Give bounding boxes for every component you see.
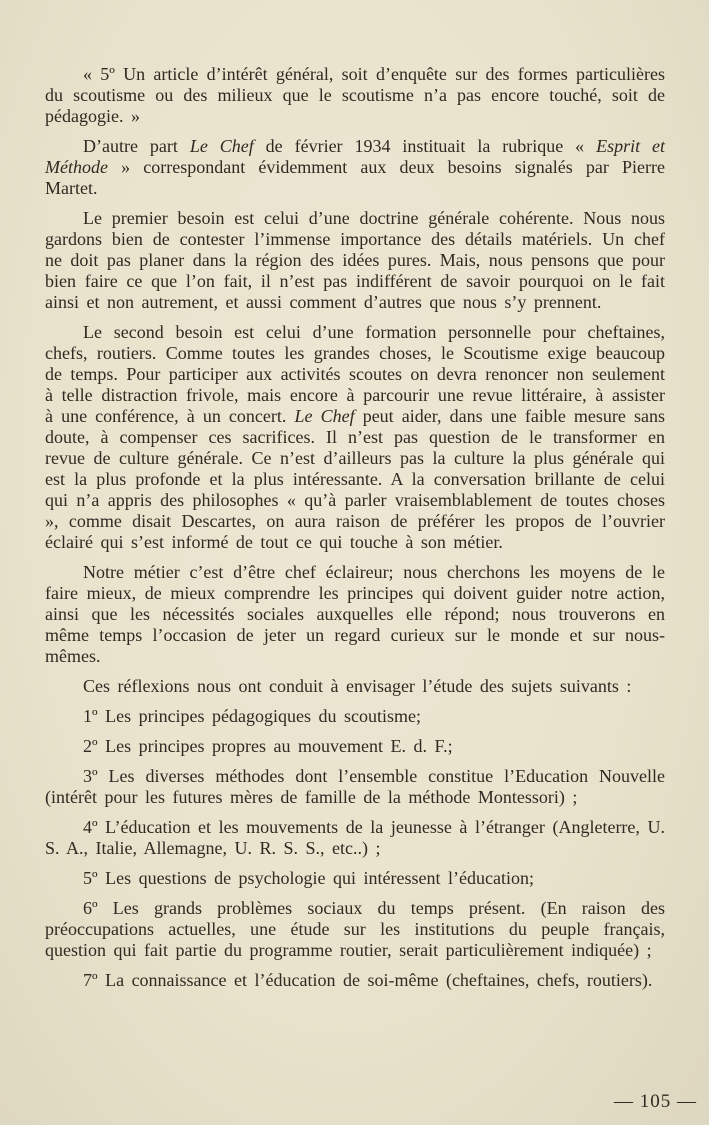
- italic-text-segment: Le Chef: [294, 406, 354, 426]
- text-segment: 1º Les principes pédagogiques du scoutis…: [83, 706, 421, 726]
- text-segment: peut aider, dans une faible mesure sans …: [45, 406, 665, 552]
- list-item: 1º Les principes pédagogiques du scoutis…: [45, 706, 665, 727]
- text-segment: 3º Les diverses méthodes dont l’ensemble…: [45, 766, 665, 807]
- text-segment: Notre métier c’est d’être chef éclaireur…: [45, 562, 665, 666]
- list-item: 2º Les principes propres au mouvement E.…: [45, 736, 665, 757]
- text-segment: Le premier besoin est celui d’une doctri…: [45, 208, 665, 312]
- paragraph: Ces réflexions nous ont conduit à envisa…: [45, 676, 665, 697]
- paragraph: Notre métier c’est d’être chef éclaireur…: [45, 562, 665, 667]
- paragraph: Le second besoin est celui d’une formati…: [45, 322, 665, 553]
- page-text: « 5º Un article d’intérêt général, soit …: [45, 64, 665, 991]
- text-segment: 6º Les grands problèmes sociaux du temps…: [45, 898, 665, 960]
- list-item: 7º La connaissance et l’éducation de soi…: [45, 970, 665, 991]
- text-segment: « 5º Un article d’intérêt général, soit …: [45, 64, 665, 126]
- list-item: 3º Les diverses méthodes dont l’ensemble…: [45, 766, 665, 808]
- book-page: « 5º Un article d’intérêt général, soit …: [0, 0, 709, 1125]
- text-segment: » correspondant évidemment aux deux beso…: [45, 157, 665, 198]
- page-number: — 105 —: [614, 1091, 697, 1113]
- text-segment: D’autre part: [83, 136, 190, 156]
- text-segment: 7º La connaissance et l’éducation de soi…: [83, 970, 652, 990]
- text-segment: 2º Les principes propres au mouvement E.…: [83, 736, 453, 756]
- italic-text-segment: Le Chef: [190, 136, 254, 156]
- text-segment: 4º L’éducation et les mouvements de la j…: [45, 817, 665, 858]
- list-item: 4º L’éducation et les mouvements de la j…: [45, 817, 665, 859]
- paragraph: « 5º Un article d’intérêt général, soit …: [45, 64, 665, 127]
- list-item: 6º Les grands problèmes sociaux du temps…: [45, 898, 665, 961]
- paragraph: D’autre part Le Chef de février 1934 ins…: [45, 136, 665, 199]
- text-segment: de février 1934 instituait la rubrique «: [254, 136, 596, 156]
- list-item: 5º Les questions de psychologie qui inté…: [45, 868, 665, 889]
- paragraph: Le premier besoin est celui d’une doctri…: [45, 208, 665, 313]
- text-segment: Ces réflexions nous ont conduit à envisa…: [83, 676, 631, 696]
- text-segment: 5º Les questions de psychologie qui inté…: [83, 868, 534, 888]
